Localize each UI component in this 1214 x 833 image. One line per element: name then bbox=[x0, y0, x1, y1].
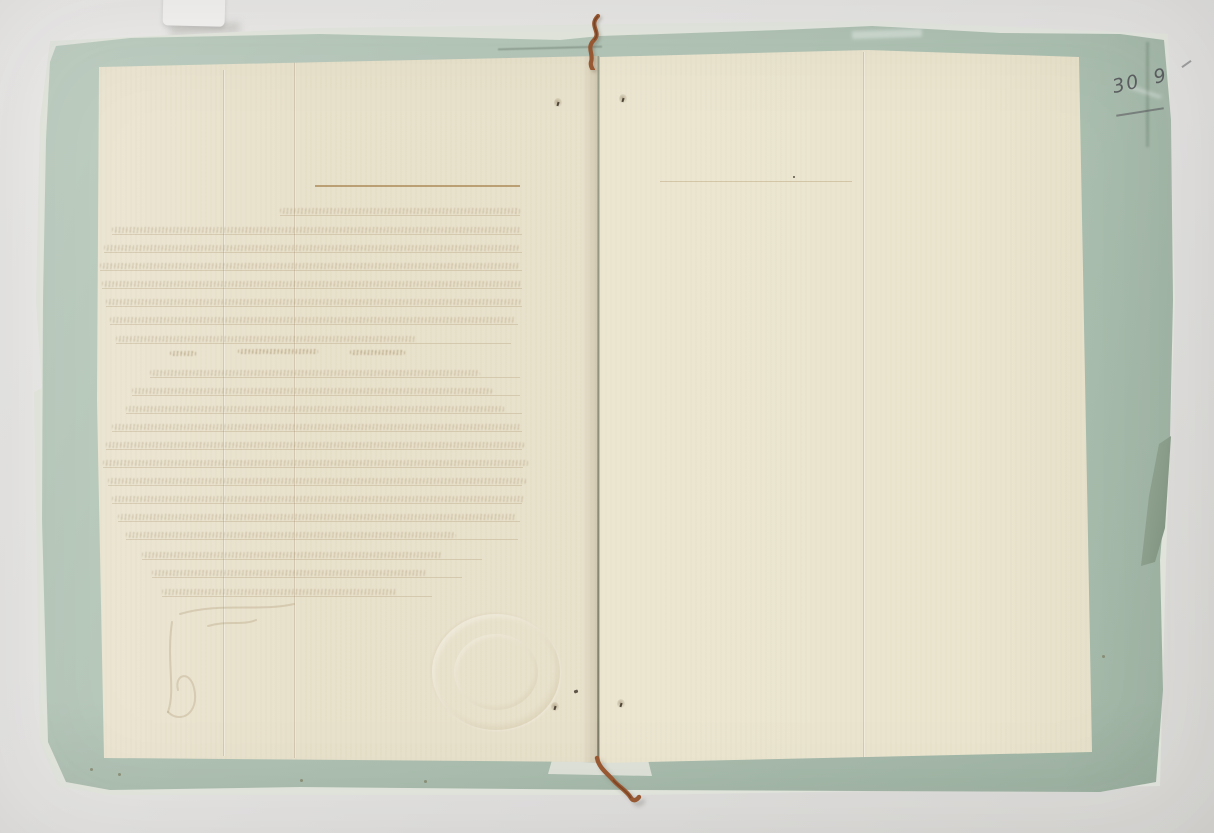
handwriting-row bbox=[102, 281, 522, 287]
foxing-speck bbox=[1102, 655, 1105, 658]
handwriting-baseline bbox=[126, 413, 522, 414]
handwriting-baseline bbox=[116, 343, 511, 344]
handwriting-baseline bbox=[108, 485, 522, 486]
bleedthrough-line bbox=[660, 181, 852, 182]
binding-hole bbox=[617, 699, 625, 709]
handwriting-row bbox=[126, 406, 504, 412]
binding-hole bbox=[551, 702, 559, 712]
handwriting-baseline bbox=[118, 521, 520, 522]
handwriting-row bbox=[118, 514, 516, 520]
handwriting-row bbox=[152, 570, 427, 576]
handwriting-baseline bbox=[150, 377, 520, 378]
foxing-speck bbox=[118, 773, 121, 776]
handwriting-baseline bbox=[112, 234, 522, 235]
handwriting-row bbox=[104, 245, 519, 251]
handwriting-baseline bbox=[280, 215, 520, 216]
handwriting-baseline bbox=[112, 503, 522, 504]
handwriting-baseline bbox=[110, 324, 518, 325]
handwriting-baseline bbox=[142, 559, 482, 560]
foxing-speck bbox=[90, 768, 93, 771]
handwriting-row bbox=[350, 350, 405, 355]
handwriting-row bbox=[112, 227, 520, 233]
handwriting-baseline bbox=[102, 288, 522, 289]
handwriting-row bbox=[116, 336, 416, 342]
handwriting-row bbox=[100, 263, 520, 269]
gutter-shadow bbox=[582, 56, 597, 763]
binding-string-bottom bbox=[583, 754, 655, 812]
handwriting-baseline bbox=[112, 431, 522, 432]
handwriting-row bbox=[280, 208, 520, 214]
handwriting-row bbox=[112, 496, 524, 502]
bleedthrough-signature bbox=[138, 592, 348, 732]
handwriting-row bbox=[110, 317, 515, 323]
handwriting-baseline bbox=[126, 539, 518, 540]
binding-hole bbox=[619, 94, 627, 104]
foxing-speck bbox=[424, 780, 427, 783]
handwriting-baseline bbox=[152, 577, 462, 578]
handwriting-baseline bbox=[104, 252, 522, 253]
handwriting-row bbox=[170, 351, 196, 356]
handwriting-row bbox=[126, 532, 456, 538]
handwriting-row bbox=[106, 442, 524, 448]
binding-hole bbox=[554, 98, 562, 108]
right-page-crease-highlight bbox=[864, 52, 865, 758]
handwriting-row bbox=[106, 299, 521, 305]
handwriting-row bbox=[108, 478, 526, 484]
handwriting-row bbox=[112, 424, 520, 430]
handwriting-row bbox=[238, 349, 318, 354]
handwriting-baseline bbox=[106, 306, 522, 307]
handwriting-baseline bbox=[132, 395, 520, 396]
handwriting-row bbox=[150, 370, 480, 376]
binding-string-top bbox=[576, 12, 618, 70]
document-photo: 30 9 bbox=[0, 0, 1214, 833]
gutter-fold bbox=[597, 56, 599, 763]
paper-speck bbox=[793, 176, 796, 179]
foxing-speck bbox=[300, 779, 303, 782]
handwriting-baseline bbox=[106, 449, 522, 450]
handwriting-baseline bbox=[100, 270, 522, 271]
handwriting-row bbox=[103, 460, 528, 466]
handwriting-row bbox=[142, 552, 442, 558]
embossed-seal bbox=[432, 614, 560, 730]
handwriting-baseline bbox=[103, 467, 523, 468]
handwriting-row bbox=[132, 388, 492, 394]
paper-tab bbox=[163, 0, 226, 27]
pencil-stray-mark bbox=[1181, 60, 1191, 68]
